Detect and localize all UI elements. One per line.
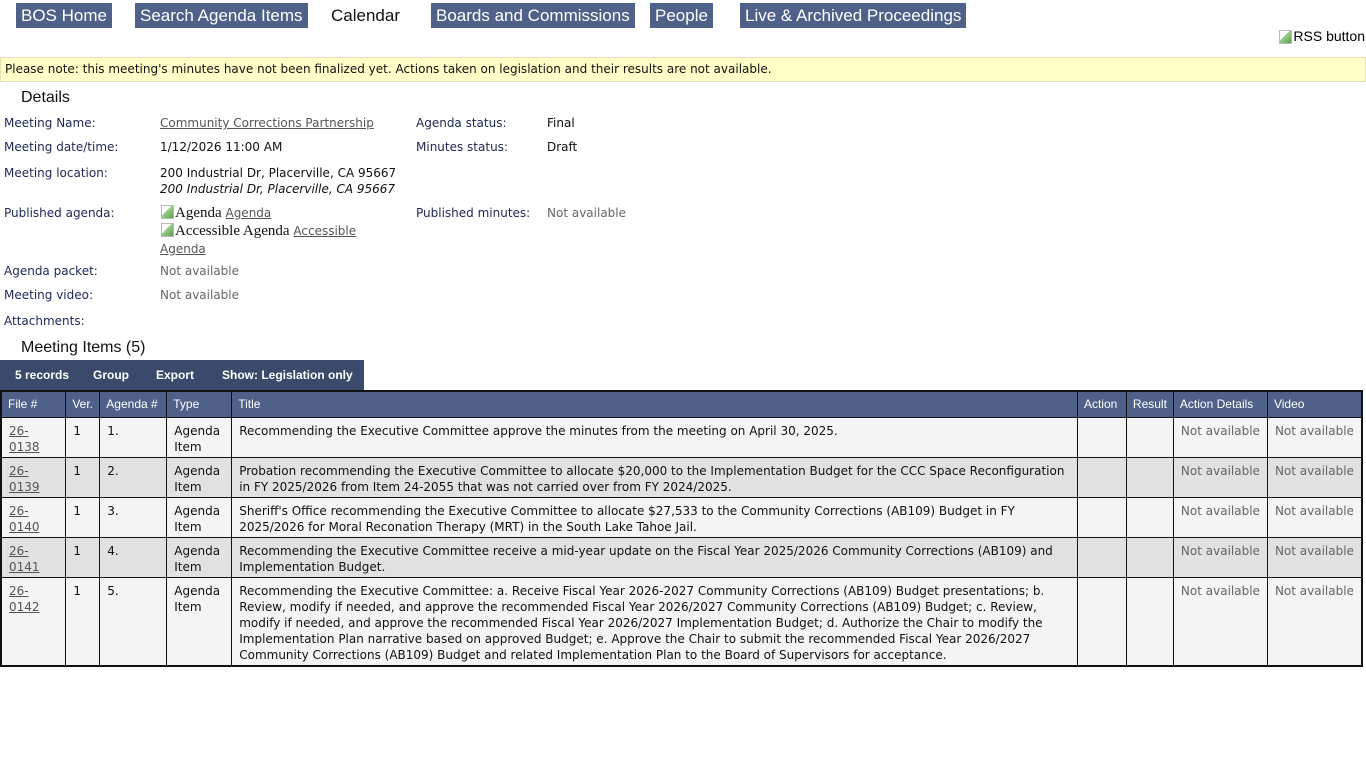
action-cell [1077, 457, 1126, 497]
col-agenda-number[interactable]: Agenda # [100, 391, 167, 417]
video-cell: Not available [1267, 417, 1362, 457]
file-number-cell: 26-0138 [1, 417, 66, 457]
accessible-agenda-entry: Accessible Agenda Accessible [160, 221, 356, 240]
meeting-items-table: File # Ver. Agenda # Type Title Action R… [0, 390, 1363, 667]
version-cell: 1 [66, 537, 100, 577]
file-number-link[interactable]: 26-0142 [9, 584, 40, 614]
action-cell [1077, 497, 1126, 537]
table-row: 26-014114.Agenda ItemRecommending the Ex… [1, 537, 1362, 577]
col-file-number[interactable]: File # [1, 391, 66, 417]
agenda-number-cell: 5. [100, 577, 167, 666]
table-header-row: File # Ver. Agenda # Type Title Action R… [1, 391, 1362, 417]
meeting-datetime-value: 1/12/2026 11:00 AM [160, 140, 282, 154]
rss-button[interactable]: RSS button [1278, 28, 1365, 44]
action-details-cell: Not available [1173, 577, 1267, 666]
accessible-agenda-icon [160, 221, 174, 237]
agenda-number-cell: 1. [100, 417, 167, 457]
records-count: 5 records [15, 368, 69, 382]
version-cell: 1 [66, 577, 100, 666]
table-row: 26-014013.Agenda ItemSheriff's Office re… [1, 497, 1362, 537]
video-cell: Not available [1267, 537, 1362, 577]
version-cell: 1 [66, 457, 100, 497]
action-details-cell: Not available [1173, 457, 1267, 497]
meeting-video-label: Meeting video: [4, 288, 93, 302]
rss-icon [1278, 28, 1292, 44]
action-cell [1077, 577, 1126, 666]
agenda-status-value: Final [547, 116, 575, 130]
col-action[interactable]: Action [1077, 391, 1126, 417]
agenda-img-alt: Agenda [175, 205, 222, 221]
version-cell: 1 [66, 497, 100, 537]
nav-search-agenda-items[interactable]: Search Agenda Items [135, 3, 308, 28]
agenda-number-cell: 2. [100, 457, 167, 497]
show-filter-button[interactable]: Show: Legislation only [222, 368, 353, 382]
rss-alt-text: RSS button [1293, 28, 1365, 44]
agenda-link[interactable]: Agenda [225, 206, 271, 220]
table-row: 26-014215.Agenda ItemRecommending the Ex… [1, 577, 1362, 666]
group-button[interactable]: Group [93, 368, 129, 382]
col-type[interactable]: Type [167, 391, 232, 417]
accessible-agenda-link[interactable]: Accessible [293, 224, 356, 238]
nav-live-archived-proceedings[interactable]: Live & Archived Proceedings [740, 3, 966, 28]
agenda-packet-value: Not available [160, 264, 239, 278]
title-cell: Sheriff's Office recommending the Execut… [232, 497, 1078, 537]
agenda-pdf-icon [160, 203, 174, 219]
agenda-status-label: Agenda status: [416, 116, 507, 130]
col-video[interactable]: Video [1267, 391, 1362, 417]
minutes-status-label: Minutes status: [416, 140, 508, 154]
grid-toolbar: 5 records Group Export Show: Legislation… [0, 360, 364, 390]
type-cell: Agenda Item [167, 497, 232, 537]
minutes-status-value: Draft [547, 140, 577, 154]
type-cell: Agenda Item [167, 577, 232, 666]
action-cell [1077, 537, 1126, 577]
title-cell: Probation recommending the Executive Com… [232, 457, 1078, 497]
title-cell: Recommending the Executive Committee rec… [232, 537, 1078, 577]
title-cell: Recommending the Executive Committee app… [232, 417, 1078, 457]
agenda-number-cell: 4. [100, 537, 167, 577]
meeting-location-label: Meeting location: [4, 166, 108, 180]
action-cell [1077, 417, 1126, 457]
published-minutes-label: Published minutes: [416, 206, 530, 220]
export-button[interactable]: Export [156, 368, 194, 382]
file-number-cell: 26-0142 [1, 577, 66, 666]
title-cell: Recommending the Executive Committee: a.… [232, 577, 1078, 666]
video-cell: Not available [1267, 457, 1362, 497]
file-number-cell: 26-0140 [1, 497, 66, 537]
result-cell [1126, 577, 1173, 666]
file-number-link[interactable]: 26-0141 [9, 544, 40, 574]
file-number-cell: 26-0141 [1, 537, 66, 577]
result-cell [1126, 417, 1173, 457]
meeting-name-label: Meeting Name: [4, 116, 96, 130]
type-cell: Agenda Item [167, 457, 232, 497]
nav-calendar[interactable]: Calendar [326, 3, 405, 28]
action-details-cell: Not available [1173, 497, 1267, 537]
table-row: 26-013912.Agenda ItemProbation recommend… [1, 457, 1362, 497]
file-number-link[interactable]: 26-0139 [9, 464, 40, 494]
action-details-cell: Not available [1173, 417, 1267, 457]
agenda-entry: Agenda Agenda [160, 203, 271, 222]
accessible-img-alt: Accessible Agenda [175, 223, 290, 239]
nav-boards-and-commissions[interactable]: Boards and Commissions [431, 3, 635, 28]
details-heading: Details [21, 89, 70, 107]
attachments-label: Attachments: [4, 314, 85, 328]
published-agenda-label: Published agenda: [4, 206, 115, 220]
file-number-cell: 26-0139 [1, 457, 66, 497]
result-cell [1126, 497, 1173, 537]
file-number-link[interactable]: 26-0140 [9, 504, 40, 534]
meeting-location-value: 200 Industrial Dr, Placerville, CA 95667 [160, 166, 396, 180]
meeting-datetime-label: Meeting date/time: [4, 140, 118, 154]
accessible-agenda-link-cont[interactable]: Agenda [160, 242, 206, 256]
meeting-items-heading: Meeting Items (5) [21, 339, 145, 357]
video-cell: Not available [1267, 577, 1362, 666]
type-cell: Agenda Item [167, 537, 232, 577]
published-minutes-value: Not available [547, 206, 626, 220]
col-title[interactable]: Title [232, 391, 1078, 417]
agenda-packet-label: Agenda packet: [4, 264, 98, 278]
meeting-video-value: Not available [160, 288, 239, 302]
video-cell: Not available [1267, 497, 1362, 537]
col-version[interactable]: Ver. [66, 391, 100, 417]
agenda-number-cell: 3. [100, 497, 167, 537]
meeting-location-detail: 200 Industrial Dr, Placerville, CA 95667 [160, 182, 395, 196]
result-cell [1126, 457, 1173, 497]
table-row: 26-013811.Agenda ItemRecommending the Ex… [1, 417, 1362, 457]
col-result[interactable]: Result [1126, 391, 1173, 417]
col-action-details[interactable]: Action Details [1173, 391, 1267, 417]
file-number-link[interactable]: 26-0138 [9, 424, 40, 454]
result-cell [1126, 537, 1173, 577]
minutes-notice: Please note: this meeting's minutes have… [0, 57, 1366, 82]
nav-people[interactable]: People [650, 3, 713, 28]
meeting-name-link[interactable]: Community Corrections Partnership [160, 116, 374, 130]
nav-bos-home[interactable]: BOS Home [16, 3, 112, 28]
action-details-cell: Not available [1173, 537, 1267, 577]
type-cell: Agenda Item [167, 417, 232, 457]
version-cell: 1 [66, 417, 100, 457]
